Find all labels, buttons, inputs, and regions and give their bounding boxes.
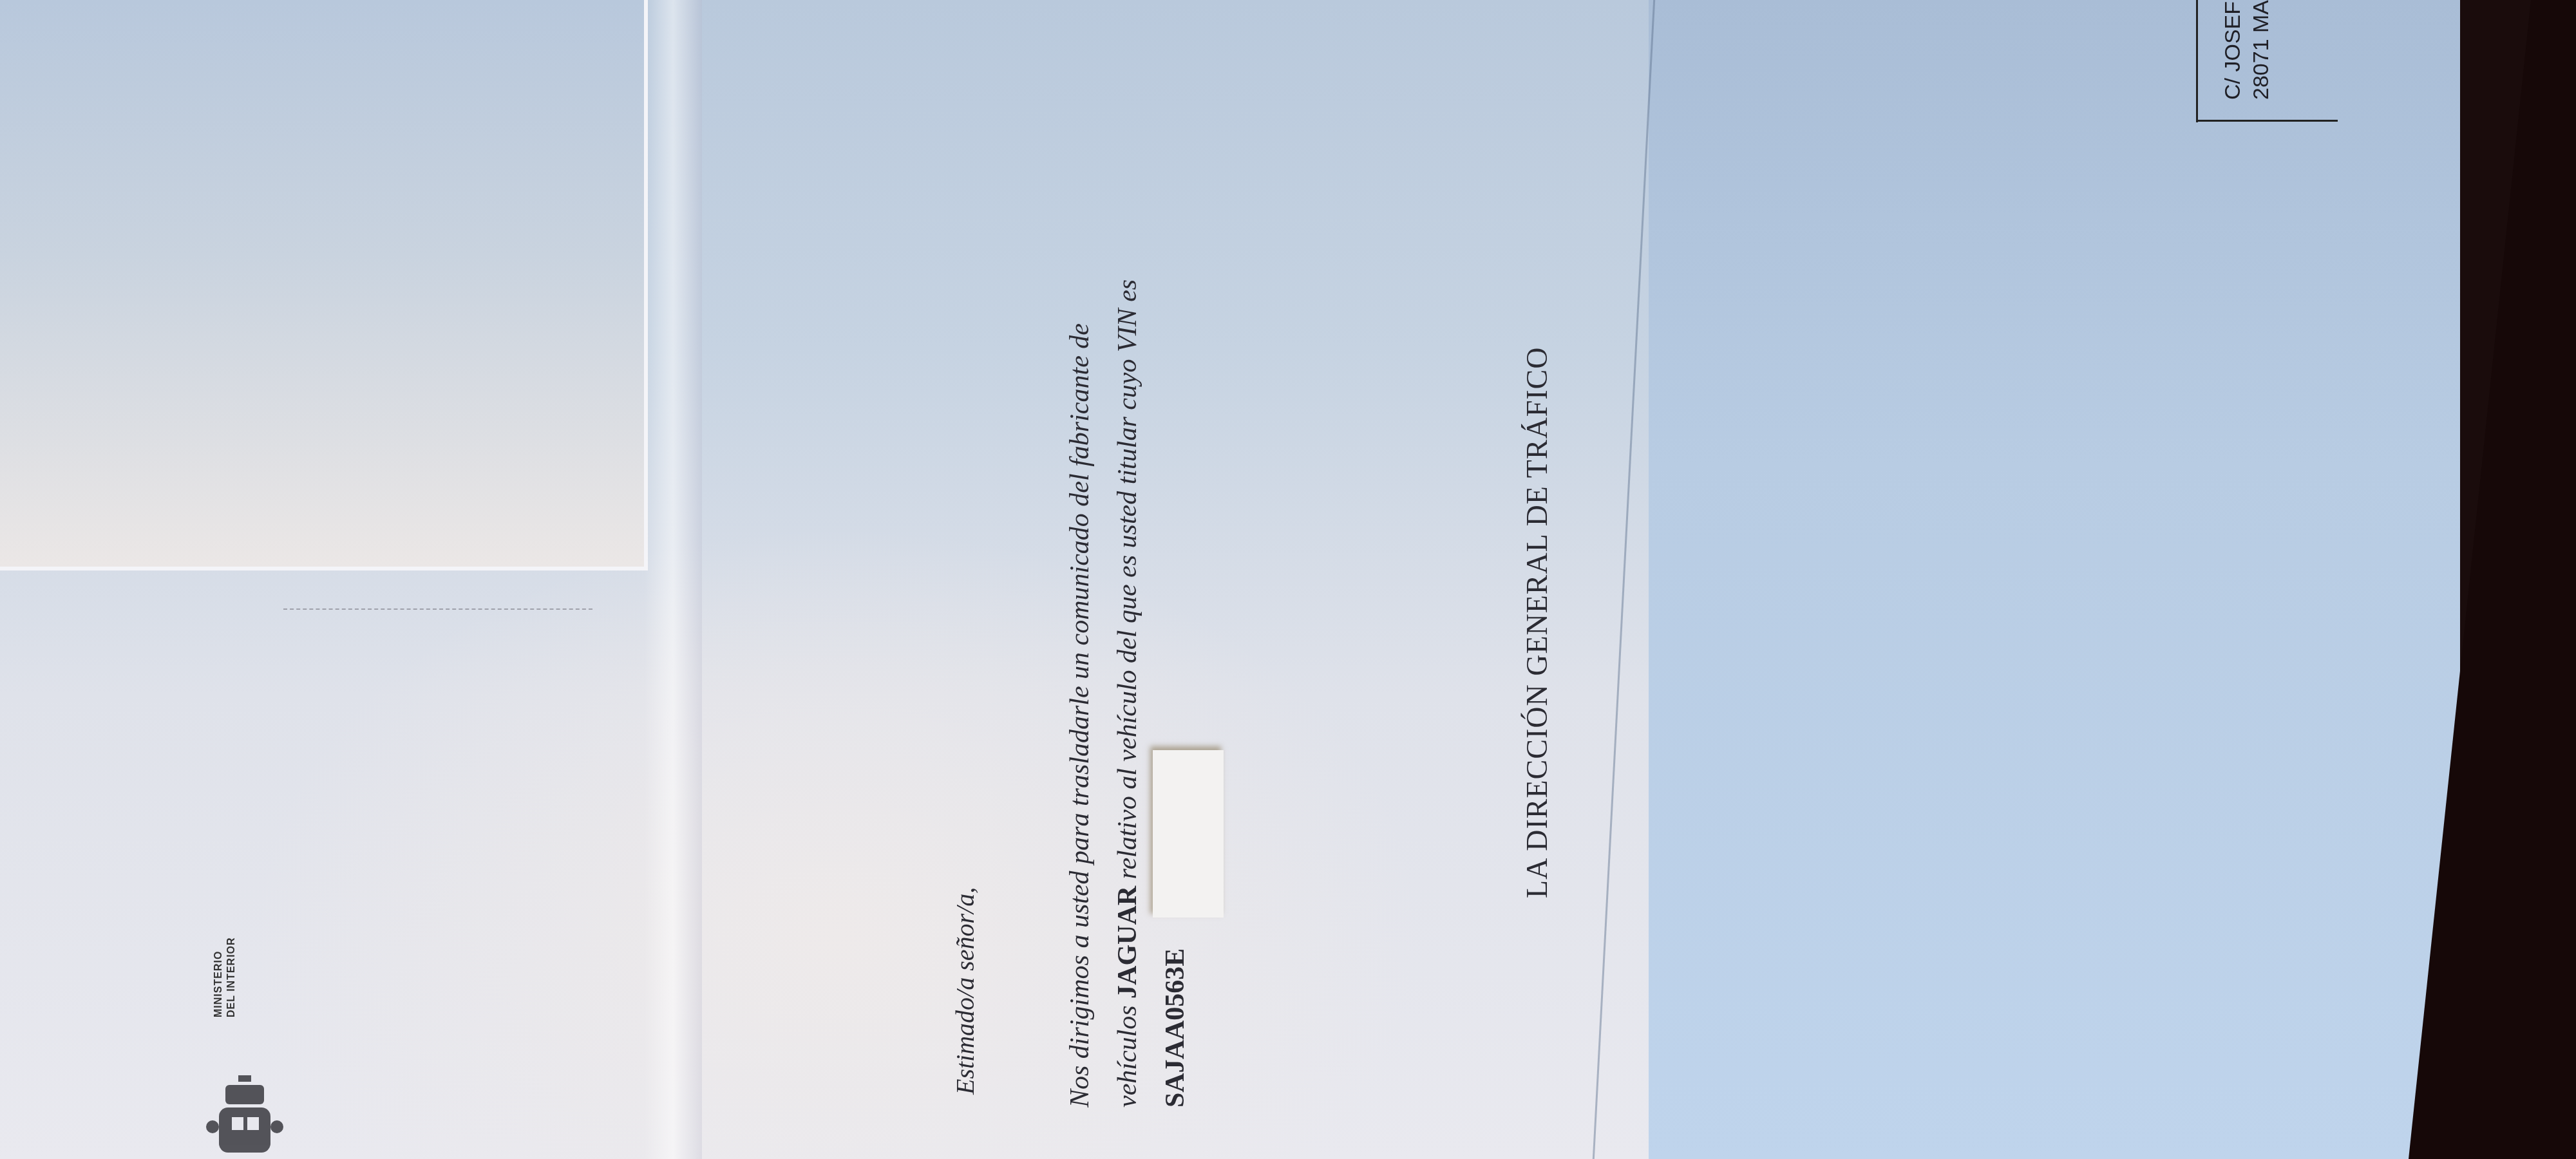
envelope-window-fold bbox=[0, 0, 648, 570]
letterhead-line-1: MINISTERIO bbox=[213, 937, 225, 1017]
body-line-2: vehículos JAGUAR relativo al vehículo de… bbox=[1104, 279, 1151, 1107]
address-rule-vertical bbox=[2196, 0, 2198, 122]
body-line-1: Nos dirigimos a usted para trasladarle u… bbox=[1056, 279, 1104, 1107]
address-window-dotted-line bbox=[283, 608, 592, 610]
vin-number: SAJAA0563E bbox=[1151, 279, 1199, 1107]
spanish-coat-of-arms-icon bbox=[200, 1069, 290, 1159]
address-line-2: 28071 MA bbox=[2247, 0, 2275, 100]
brand-name: JAGUAR bbox=[1113, 886, 1142, 999]
letter-lower-panel bbox=[1649, 0, 2460, 1159]
letterhead-line-2: DEL INTERIOR bbox=[225, 937, 238, 1017]
body-line-2-prefix: vehículos bbox=[1113, 999, 1142, 1107]
footer-address: C/ JOSEF 28071 MA bbox=[2219, 0, 2275, 100]
greeting: Estimado/a señor/a, bbox=[950, 887, 980, 1095]
fold-crease-upper bbox=[644, 0, 702, 1159]
signature: LA DIRECCIÓN GENERAL DE TRÁFICO bbox=[1520, 347, 1554, 898]
address-rule-horizontal bbox=[2196, 120, 2338, 122]
address-line-1: C/ JOSEF bbox=[2219, 0, 2247, 100]
vin-redaction-patch bbox=[1153, 750, 1224, 918]
letter-body: Nos dirigimos a usted para trasladarle u… bbox=[1056, 279, 1199, 1107]
body-line-2-suffix: relativo al vehículo del que es usted ti… bbox=[1113, 279, 1142, 886]
letterhead: MINISTERIO DEL INTERIOR bbox=[213, 937, 238, 1017]
